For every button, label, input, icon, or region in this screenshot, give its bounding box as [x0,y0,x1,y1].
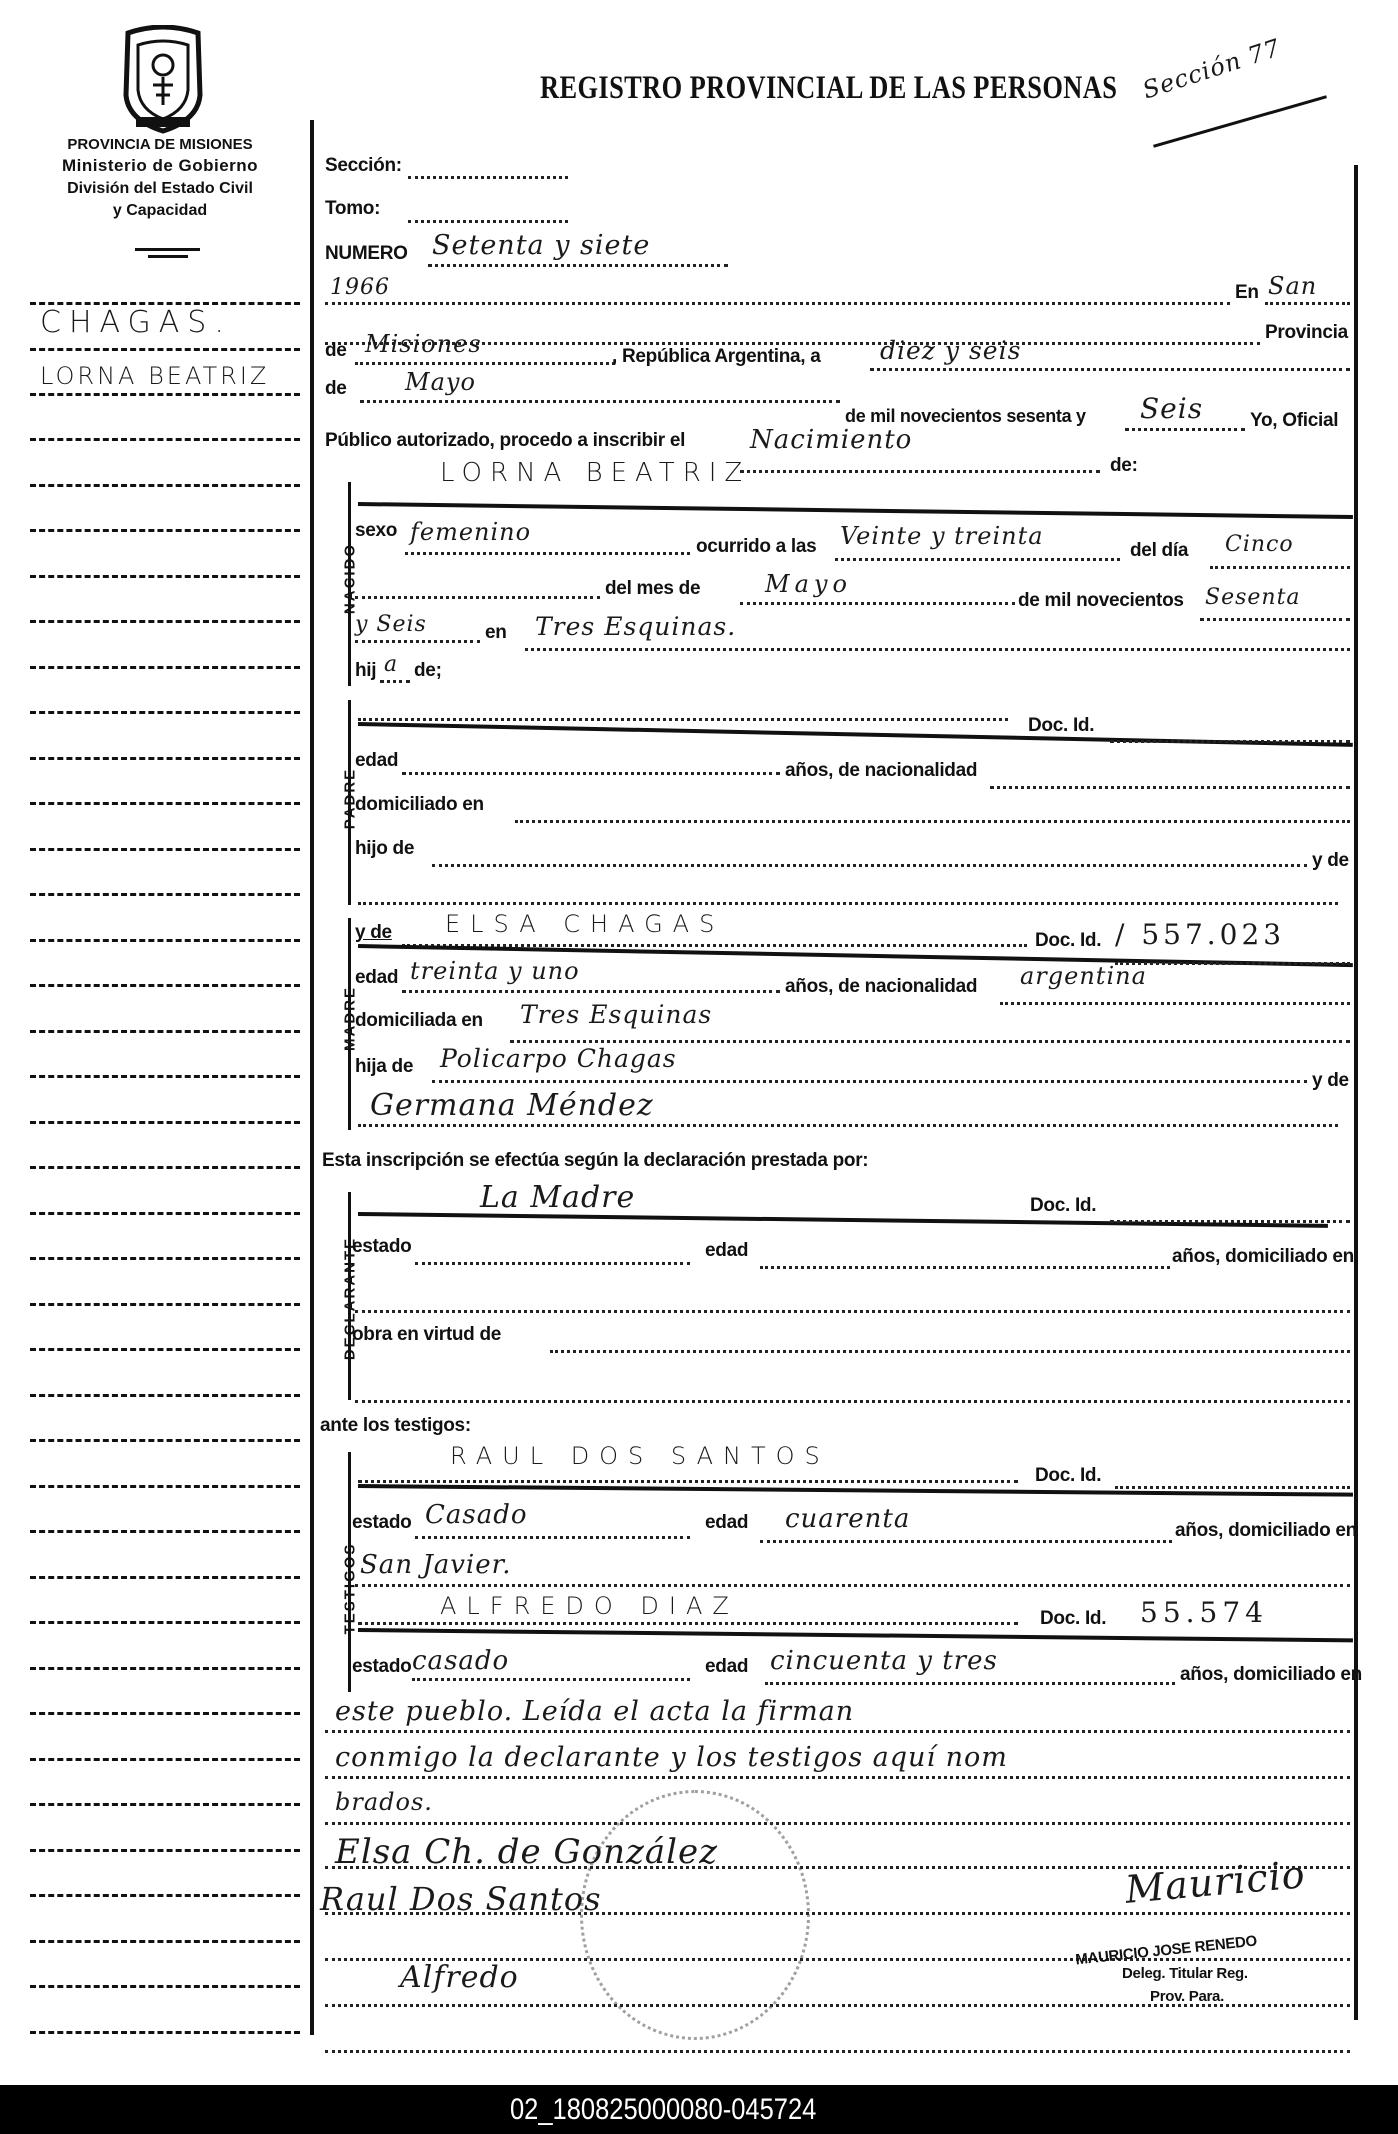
testigo1-domicilio-label: años, domiciliado en [1175,1520,1357,1542]
testigo1-name-field[interactable] [358,1480,1018,1483]
hora-field[interactable] [835,558,1120,561]
testigo1-name: RAUL DOS SANTOS [450,1442,830,1470]
madre-nacionalidad-field[interactable] [1000,1002,1350,1005]
testigo1-doc-label: Doc. Id. [1035,1465,1101,1487]
testigo2-domicilio-label: años, domiciliado en [1180,1664,1362,1686]
declarante-name-value: La Madre [480,1180,635,1215]
margin-line [30,1940,300,1943]
margin-line [30,1576,300,1579]
en-label: en [485,622,507,644]
madre-edad-value: treinta y uno [410,957,580,985]
de-colon-label: de: [1110,455,1138,477]
margin-line [30,1530,300,1533]
signature-testigo-2: Alfredo [400,1960,519,1995]
margin-given-name: LORNA BEATRIZ [40,362,269,390]
margin-line [30,438,300,441]
hij-field[interactable] [380,680,410,683]
testigo1-estado-value: Casado [425,1500,528,1530]
dia-label: del día [1130,540,1188,562]
year-value: 1966 [330,275,390,300]
testigo2-estado-field[interactable] [412,1678,690,1681]
declarante-domicilio-field[interactable] [355,1310,1350,1313]
padre-nacionalidad-label: años, de nacionalidad [785,760,977,782]
madre-doc-value: / 557.023 [1115,918,1285,951]
testigo1-domicilio-value: San Javier. [360,1550,511,1580]
numero-label: NUMERO [325,243,408,265]
margin-line [30,2031,300,2034]
margin-line [30,1348,300,1351]
hora-value: Veinte y treinta [840,522,1044,550]
declarante-obra-label: obra en virtud de [352,1324,501,1346]
sexo-field[interactable] [405,552,690,555]
margin-line [30,984,300,987]
declarante-intro: Esta inscripción se efectúa según la dec… [322,1150,868,1172]
sexo-value: femenino [410,518,531,546]
testigo2-edad-field[interactable] [765,1682,1175,1685]
anio-cont-field[interactable] [355,640,480,643]
anio-value: Sesenta [1205,585,1301,610]
madre-madre-field[interactable] [358,1124,1338,1127]
seccion-field[interactable] [408,176,568,179]
lugar-field[interactable] [525,648,1350,651]
document-title: REGISTRO PROVINCIAL DE LAS PERSONAS [540,70,1117,107]
testigos-section-label: TESTIGOS [342,1514,359,1664]
testigo1-estado-field[interactable] [415,1536,690,1539]
month-value: Mayo [405,368,476,396]
official-stamp [580,1790,810,2040]
padre-doc-field[interactable] [1110,740,1350,743]
nacido-rule [358,502,1353,519]
margin-line [30,1712,300,1715]
margin-line [30,529,300,532]
madre-y-de-label: y de [355,922,392,944]
margin-line [30,1621,300,1624]
padre-name-field[interactable] [358,718,1008,721]
margin-line [30,802,300,805]
testigo1-edad-value: cuarenta [785,1504,910,1534]
de-field[interactable] [355,362,615,365]
coat-of-arms-icon [118,25,208,135]
lugar-value: Tres Esquinas. [535,612,736,641]
frame-right-border [1354,165,1358,2020]
provincia-label: Provincia [1265,322,1348,344]
mes-field[interactable] [740,602,1015,605]
margin-line [30,1212,300,1215]
margin-line [30,1985,300,1988]
testigo1-estado-label: estado [352,1512,411,1534]
declarante-domicilio-label: años, domiciliado en [1172,1246,1354,1268]
official-name: MAURICIO JOSE RENEDO [1075,1933,1258,1969]
madre-padre-field[interactable] [432,1080,1307,1083]
testigo2-rule [358,1628,1353,1642]
madre-y-de-label-2: y de [1312,1070,1349,1092]
testigos-intro: ante los testigos: [320,1415,471,1437]
closing-field-1[interactable] [325,1730,1350,1733]
oficial-label: Yo, Oficial [1250,410,1338,432]
padre-doc-label: Doc. Id. [1028,715,1094,737]
numero-value: Setenta y siete [432,230,650,261]
margin-line [30,1667,300,1670]
closing-line-3: brados. [335,1788,433,1816]
margin-line [30,393,300,396]
margin-line [30,757,300,760]
closing-field-5[interactable] [325,1912,1350,1915]
divider [135,248,200,251]
margin-line [30,1030,300,1033]
file-id-bar: 02_180825000080-045724 [0,2085,1398,2134]
padre-y-de-label: y de [1312,850,1349,872]
declarante-edad-label: edad [705,1240,748,1262]
anio-value-2: y Seis [355,612,427,637]
margin-line [30,1394,300,1397]
day-value: diez y seis [880,336,1021,365]
margin-line [30,620,300,623]
hij-value: a [384,652,398,677]
official-signature: Mauricio [1123,1852,1307,1912]
margin-line [30,848,300,851]
year-label: de mil novecientos sesenta y [845,406,1086,427]
madre-doc-field[interactable] [1115,962,1350,965]
declarante-estado-label: estado [352,1236,411,1258]
year-suffix-field[interactable] [1125,428,1245,431]
declarante-estado-field[interactable] [415,1262,690,1265]
testigo2-estado-label: estado [352,1656,411,1678]
margin-line [30,1485,300,1488]
declarante-doc-field[interactable] [1110,1220,1350,1223]
nacido-de-label: de; [414,660,442,682]
padre-domicilio-label: domiciliado en [355,794,484,816]
margin-line [30,1439,300,1442]
margin-surname: CHAGAS. [40,305,232,340]
padre-domicilio-field[interactable] [515,820,1350,823]
anio-field[interactable] [1200,618,1350,621]
month-field[interactable] [360,400,840,403]
closing-field-3[interactable] [325,1822,1350,1825]
testigo1-domicilio-field[interactable] [355,1584,1350,1587]
margin-line [30,1894,300,1897]
margin-line [30,1303,300,1306]
file-id: 02_180825000080-045724 [510,2085,816,2134]
dia-field[interactable] [1210,566,1350,569]
madre-hija-label: hija de [355,1056,413,1078]
anio-label: de mil novecientos [1018,590,1184,612]
year-suffix-value: Seis [1140,392,1203,425]
org-ministry: Ministerio de Gobierno [20,156,300,176]
madre-domicilio-field[interactable] [510,1040,1350,1043]
margin-line [30,348,300,351]
margin-line [30,484,300,487]
margin-line [30,575,300,578]
testigo2-name: ALFREDO DIAZ [440,1592,739,1620]
en-field[interactable] [1265,302,1350,305]
tomo-label: Tomo: [325,198,380,220]
seccion-label: Sección: [325,155,402,177]
official-place: Prov. Para. [1150,1988,1224,2005]
testigo2-name-field[interactable] [358,1622,1018,1625]
testigo2-edad-label: edad [705,1656,748,1678]
closing-line-1: este pueblo. Leída el acta la firman [335,1696,854,1727]
ocurrido-label: ocurrido a las [696,536,816,558]
margin-line [30,939,300,942]
acto-value: Nacimiento [750,425,912,455]
closing-line-2: conmigo la declarante y los testigos aqu… [335,1742,1008,1773]
madre-padre-value: Policarpo Chagas [440,1044,677,1073]
margin-line [30,1075,300,1078]
padre-rule [358,722,1353,747]
margin-line [30,893,300,896]
org-province: PROVINCIA DE MISIONES [20,136,300,153]
madre-edad-label: edad [355,967,398,989]
title-annotation: Sección 77 [1139,34,1284,105]
org-division: División del Estado Civil [20,180,300,198]
tomo-field[interactable] [408,220,568,223]
madre-nacionalidad-value: argentina [1020,962,1147,990]
madre-doc-label: Doc. Id. [1035,930,1101,952]
madre-name-value: ELSA CHAGAS [445,910,724,938]
dia-value: Cinco [1225,532,1294,557]
republica-label: , República Argentina, a [612,346,821,368]
de-label: de [325,340,347,362]
margin-line [30,711,300,714]
padre-nacionalidad-field[interactable] [990,786,1350,789]
sexo-label: sexo [355,520,397,542]
margin-line [30,1121,300,1124]
de2-label: de [325,378,347,400]
madre-domicilio-value: Tres Esquinas [520,1000,712,1029]
margin-line [30,1257,300,1260]
testigo2-doc-label: Doc. Id. [1040,1608,1106,1630]
madre-edad-field[interactable] [402,990,780,993]
en-value: San [1268,272,1317,300]
margin-line [30,1758,300,1761]
madre-domicilio-label: domiciliada en [355,1010,483,1032]
testigo1-edad-field[interactable] [760,1540,1172,1543]
padre-edad-field[interactable] [402,772,780,775]
declarante-edad-field[interactable] [760,1266,1170,1269]
hij-label: hij [355,660,376,682]
en-label: En [1235,282,1259,304]
org-capacity: y Capacidad [20,202,300,220]
mes-label: del mes de [605,578,700,600]
testigo2-estado-value: casado [412,1646,509,1676]
official-title: Deleg. Titular Reg. [1122,1965,1248,1982]
declarante-doc-label: Doc. Id. [1030,1195,1096,1217]
acto-field[interactable] [740,470,1100,473]
testigo2-edad-value: cincuenta y tres [770,1646,998,1676]
madre-nacionalidad-label: años, de nacionalidad [785,976,977,998]
padre-hijo-label: hijo de [355,838,414,860]
publico-label: Público autorizado, procedo a inscribir … [325,430,685,452]
margin-line [30,1849,300,1852]
declarante-obra-field[interactable] [550,1350,1350,1353]
annotation-underline [1153,95,1327,147]
testigo1-edad-label: edad [705,1512,748,1534]
testigo2-doc-value: 55.574 [1140,1596,1268,1629]
madre-madre-value: Germana Méndez [370,1088,654,1123]
year-field[interactable] [325,302,1230,305]
testigo1-doc-field[interactable] [1115,1486,1350,1489]
margin-line [30,1166,300,1169]
closing-field-2[interactable] [325,1776,1350,1779]
dia-cont-field[interactable] [355,596,600,599]
mes-value: Mayo [765,570,852,598]
de-value: Misiones [365,330,482,358]
day-field[interactable] [870,368,1350,371]
divider [148,255,188,258]
closing-field-8[interactable] [325,2050,1350,2053]
margin-line [30,1803,300,1806]
padre-edad-label: edad [355,750,398,772]
nacido-name-value: LORNA BEATRIZ [440,458,750,488]
declarante-obra-cont-field[interactable] [355,1400,1350,1403]
frame-left-border [310,120,314,2035]
margin-line [30,666,300,669]
numero-field[interactable] [428,264,728,267]
padre-y-de-field[interactable] [358,902,1338,905]
padre-hijo-field[interactable] [432,864,1307,867]
